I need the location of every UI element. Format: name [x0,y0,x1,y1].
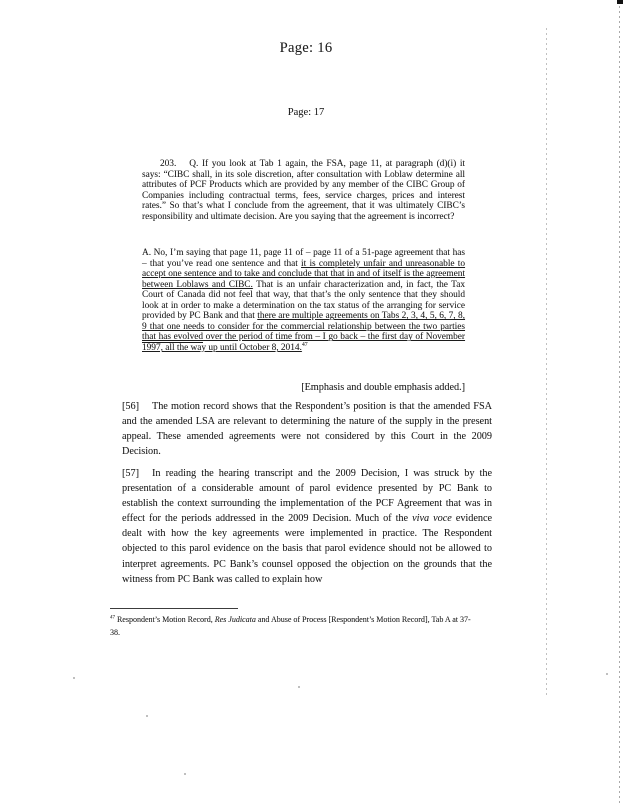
emphasis-note: [Emphasis and double emphasis added.] [142,382,465,393]
outer-page-number: Page: 16 [0,40,612,57]
scan-artifact-line-edge [619,6,620,806]
scan-speck [298,686,300,688]
scan-artifact-line-inner [546,28,547,698]
transcript-answer: A. No, I’m saying that page 11, page 11 … [142,248,465,353]
scan-speck [73,677,75,679]
footnote-47: 47 Respondent’s Motion Record, Res Judic… [110,613,534,639]
scan-speck [184,773,186,775]
footnote-separator [110,608,238,609]
inner-page-number: Page: 17 [0,107,612,118]
paragraph-56: [56]The motion record shows that the Res… [122,399,492,459]
scan-corner-mark [617,0,623,4]
scan-speck [146,715,148,717]
scan-speck [606,673,608,675]
paragraph-57: [57]In reading the hearing transcript an… [122,466,492,587]
scanned-document-page: Page: 16 Page: 17 203.Q. If you look at … [0,0,623,808]
transcript-question-203: 203.Q. If you look at Tab 1 again, the F… [142,159,465,222]
